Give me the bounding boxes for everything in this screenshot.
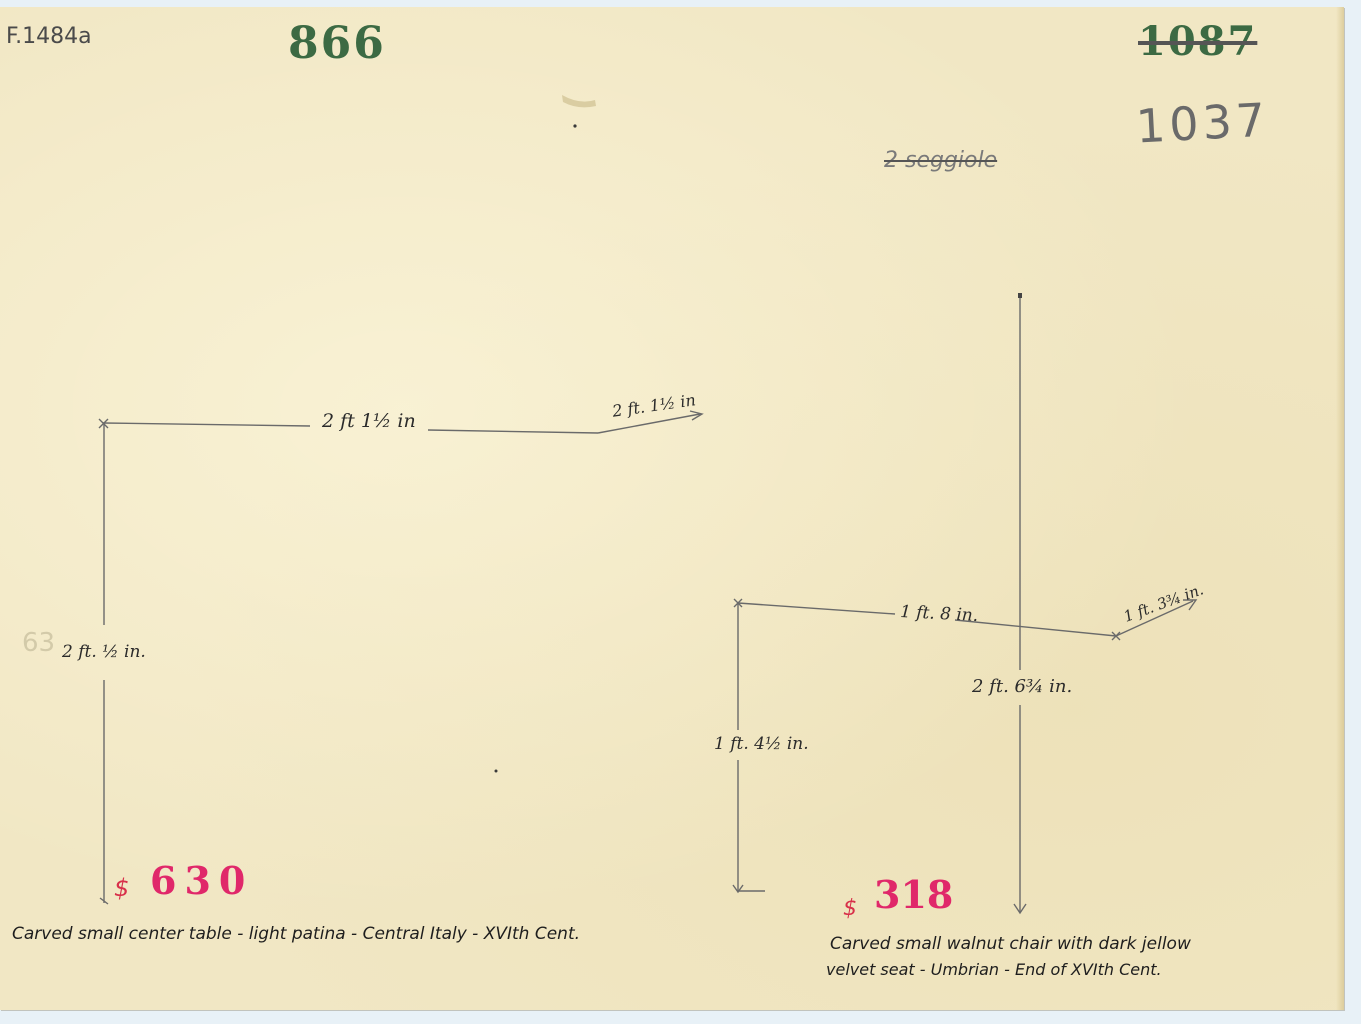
table-height-label: 2 ft. ½ in. — [62, 644, 146, 661]
stamp-number-right-struck: 1087 — [1138, 22, 1257, 62]
struck-pencil-note: 2 seggiole — [884, 150, 997, 172]
ghost-pencil-mark: 63 — [22, 630, 55, 656]
chair-caption-line1: Carved small walnut chair with dark jell… — [830, 936, 1191, 953]
chair-width-label: 1 ft. 8 in. — [900, 604, 979, 625]
table-width-line-b — [428, 430, 598, 433]
table-width-line-a — [103, 423, 310, 426]
paper-speck — [495, 770, 498, 773]
paper-speck — [573, 124, 576, 127]
chair-width-line-b — [955, 620, 1116, 636]
chair-top-mark — [1018, 293, 1022, 298]
table-price-symbol: $ — [114, 876, 129, 900]
chair-width-line-a — [738, 603, 895, 614]
chair-price-symbol: $ — [843, 898, 857, 920]
table-price: 630 — [150, 862, 253, 900]
chair-caption-line2: velvet seat - Umbrian - End of XVIth Cen… — [826, 962, 1162, 978]
chair-total-height-label: 2 ft. 6¾ in. — [972, 678, 1072, 696]
table-caption: Carved small center table - light patina… — [12, 926, 580, 943]
catalog-reference: F.1484a — [6, 26, 92, 48]
chair-price: 318 — [874, 876, 953, 914]
table-width-label: 2 ft 1½ in — [322, 412, 416, 431]
chair-seat-height-label: 1 ft. 4½ in. — [714, 736, 809, 753]
pencil-number-right: 1037 — [1135, 97, 1270, 150]
paper-stain — [562, 95, 596, 107]
stamp-number-left: 866 — [288, 22, 386, 66]
